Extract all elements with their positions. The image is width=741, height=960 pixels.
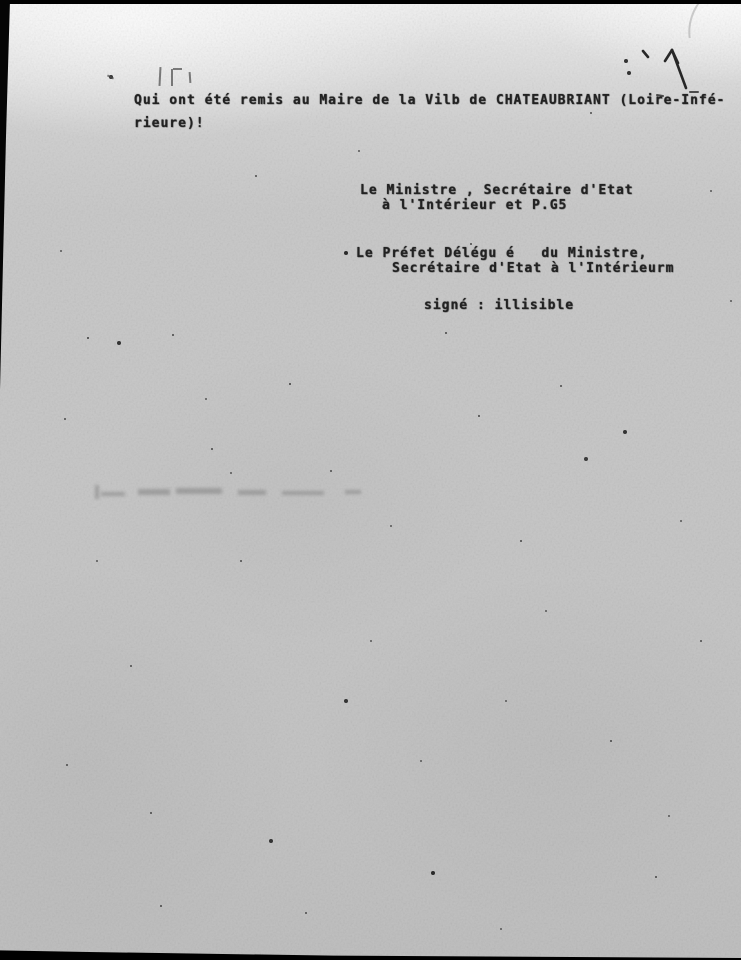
ghost-bleed-mark — [101, 492, 125, 496]
paragraph-line: rieure)! — [134, 116, 205, 131]
signature-line: signé : illisible — [424, 298, 574, 313]
scanned-document-photo: Qui ont été remis au Maire de la Vilb de… — [0, 0, 741, 960]
ghost-bleed-mark — [138, 489, 170, 495]
stray-mark — [171, 69, 173, 86]
prefect-title-line: Secrétaire d'Etat à l'Intérieurm — [392, 261, 674, 276]
minister-title-line: Le Ministre , Secrétaire d'Etat — [360, 183, 634, 198]
minister-title-line: à l'Intérieur et P.G5 — [382, 198, 567, 213]
paper-page — [0, 0, 741, 960]
ghost-bleed-mark — [238, 490, 266, 495]
ghost-bleed-mark — [176, 488, 222, 494]
ghost-bleed-mark — [282, 491, 324, 495]
ghost-bleed-mark — [95, 485, 99, 499]
prefect-title-line: Le Préfet Délégu é du Ministre, — [356, 246, 647, 261]
scan-border-top — [0, 0, 741, 4]
stray-mark — [173, 68, 182, 70]
ghost-bleed-mark — [345, 490, 361, 494]
paragraph-line: Qui ont été remis au Maire de la Vilb de… — [134, 93, 725, 108]
